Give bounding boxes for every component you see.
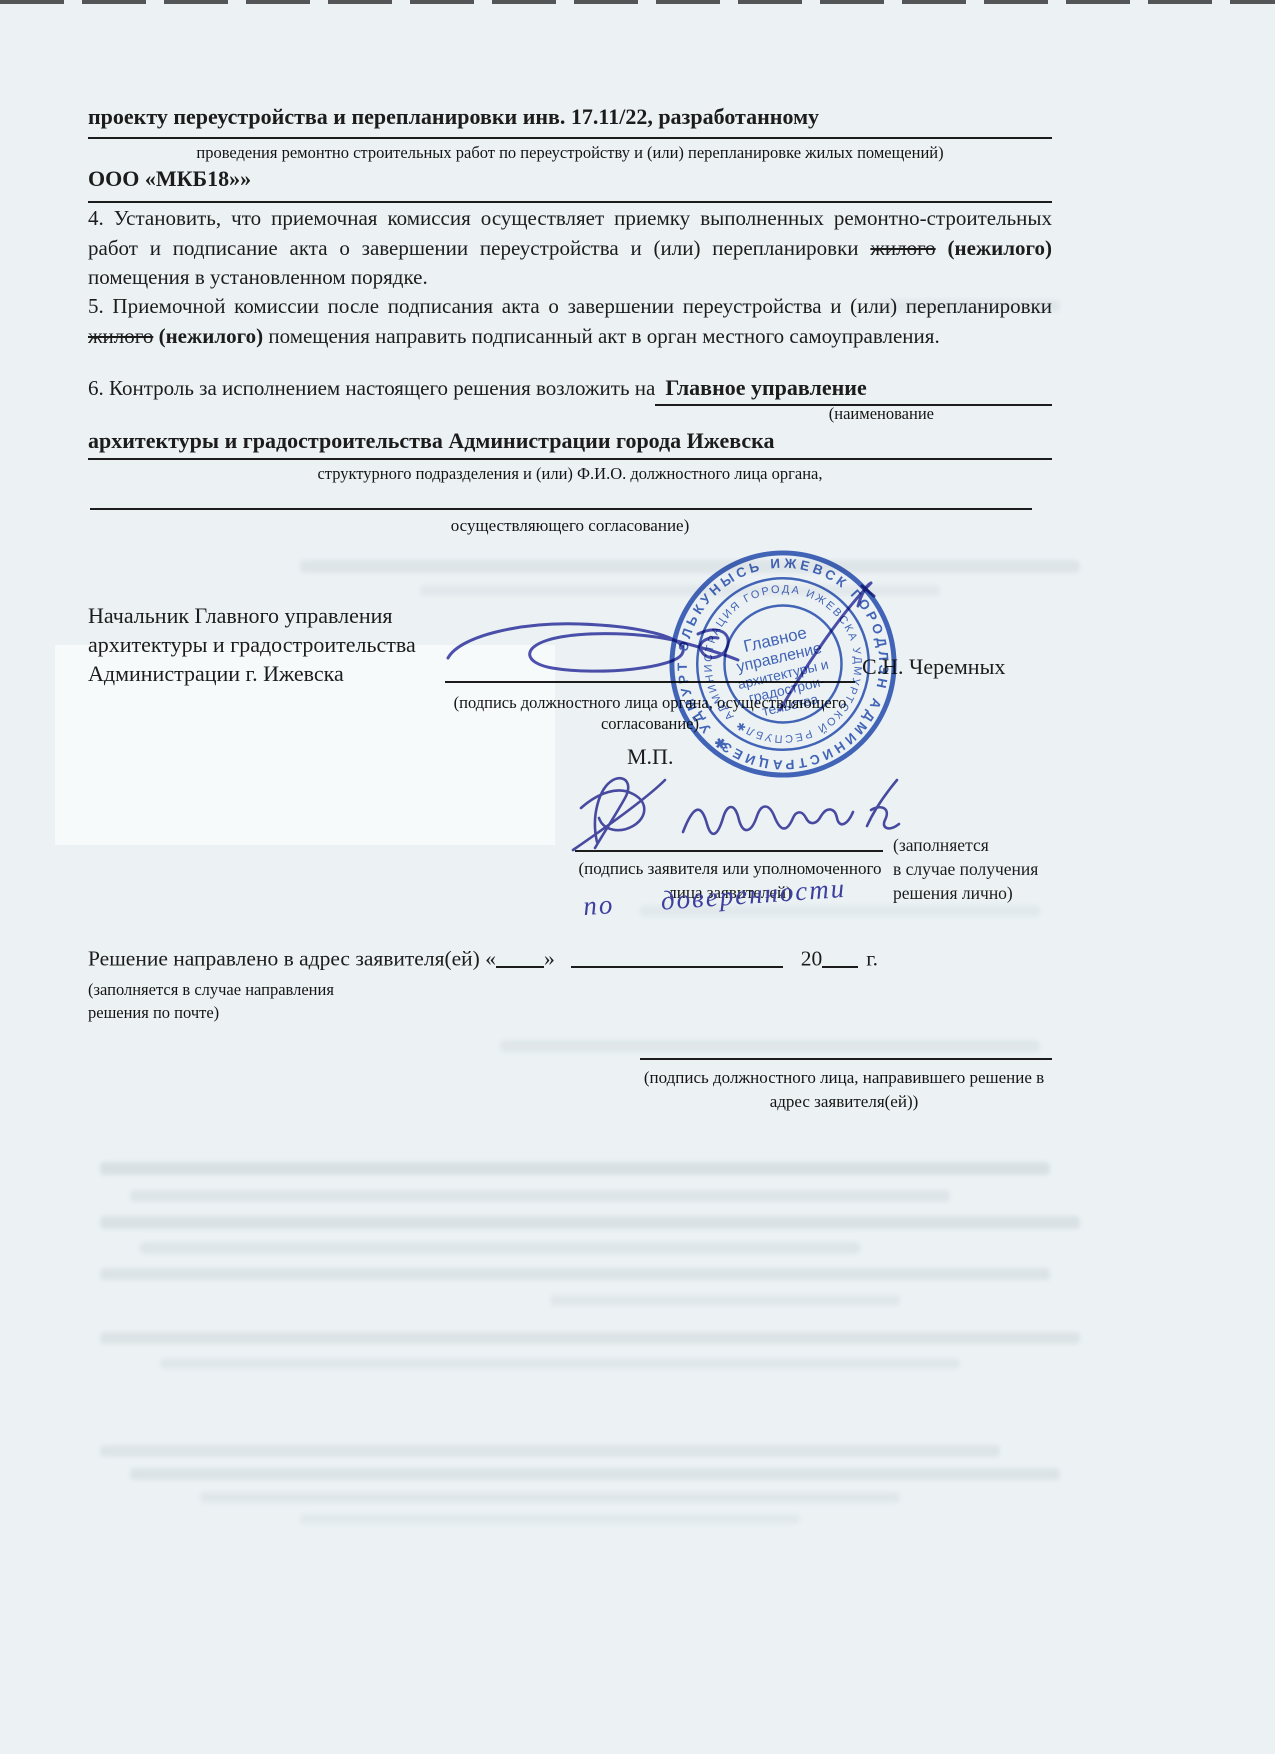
in-person-note: (заполняется в случае получения решения … xyxy=(893,833,1038,905)
clause-6-caption-unit: структурного подразделения и (или) Ф.И.О… xyxy=(88,463,1052,484)
applicant-signature-ink xyxy=(555,768,905,860)
year-prefix: 20 xyxy=(801,947,823,971)
clause-6-caption-approval: осуществляющего согласование) xyxy=(88,515,1052,536)
bleed-through-text xyxy=(130,1190,950,1202)
bleed-through-text xyxy=(200,1492,900,1503)
mailing-note: (заполняется в случае направления решени… xyxy=(88,978,334,1024)
clause-4-bold-word: (нежилого) xyxy=(948,236,1053,260)
bleed-through-text xyxy=(100,1216,1080,1229)
mailing-signature-caption-line-1: (подпись должностного лица, направившего… xyxy=(618,1066,1070,1090)
bleed-through-text xyxy=(300,1514,800,1524)
clause-5-struck-word: жилого xyxy=(88,324,153,348)
mailing-signature-caption-line-2: адрес заявителя(ей)) xyxy=(618,1090,1070,1114)
clause-5-bold-word: (нежилого) xyxy=(159,324,264,348)
bleed-through-text xyxy=(100,1162,1050,1175)
clause-6-filled-line-2: архитектуры и градостроительства Админис… xyxy=(88,428,1052,460)
clause-4: 4. Установить, что приемочная комиссия о… xyxy=(88,204,1052,293)
official-title-line-3: Администрации г. Ижевска xyxy=(88,659,416,688)
bleed-through-text xyxy=(100,1332,1080,1344)
empty-fill-line xyxy=(90,508,1032,510)
clause-6-caption-name: (наименование xyxy=(88,403,934,424)
official-title-line-2: архитектуры и градостроительства xyxy=(88,630,416,659)
project-title-text: проекту переустройства и перепланировки … xyxy=(88,104,819,129)
bleed-through-text xyxy=(100,1268,1050,1280)
signature-stroke xyxy=(867,780,899,828)
signature-stroke xyxy=(581,790,644,830)
bleed-through-text xyxy=(550,1295,900,1306)
project-title-line: проекту переустройства и перепланировки … xyxy=(88,104,1052,139)
mailing-note-line-2: решения по почте) xyxy=(88,1001,334,1024)
year-blank xyxy=(822,944,858,968)
clause-5-tail: помещения направить подписанный акт в ор… xyxy=(268,324,939,348)
in-person-note-line-2: в случае получения xyxy=(893,857,1038,881)
applicant-signature-caption-line-1: (подпись заявителя или уполномоченного xyxy=(560,857,900,881)
official-signature-ink xyxy=(430,560,900,730)
clause-6: 6. Контроль за исполнением настоящего ре… xyxy=(88,373,1052,406)
clause-5: 5. Приемочной комиссии после подписания … xyxy=(88,292,1052,351)
clause-6-filled-value-2: архитектуры и градостроительства Админис… xyxy=(88,428,774,453)
clause-4-tail: помещения в установленном порядке. xyxy=(88,265,428,289)
clause-4-struck-word: жилого xyxy=(870,236,935,260)
official-title-line-1: Начальник Главного управления xyxy=(88,601,416,630)
clause-6-lead: 6. Контроль за исполнением настоящего ре… xyxy=(88,374,655,404)
clause-6-filled-value: Главное управление xyxy=(665,375,866,400)
mailing-signature-line xyxy=(640,1058,1052,1060)
month-blank xyxy=(571,944,783,968)
org-name-text: ООО «МКБ18»» xyxy=(88,166,251,191)
official-title-block: Начальник Главного управления архитектур… xyxy=(88,601,416,688)
bleed-through-text xyxy=(500,1040,1040,1052)
signature-stroke xyxy=(698,630,728,658)
in-person-note-line-3: решения лично) xyxy=(893,881,1038,905)
signature-stroke xyxy=(683,807,853,834)
mailing-signature-caption: (подпись должностного лица, направившего… xyxy=(618,1066,1070,1114)
scan-edge-artifact xyxy=(0,0,1275,4)
scanned-document-page: проекту переустройства и перепланировки … xyxy=(0,0,1275,1754)
mailing-row: Решение направлено в адрес заявителя(ей)… xyxy=(88,942,878,972)
in-person-note-line-1: (заполняется xyxy=(893,833,1038,857)
quote-close: » xyxy=(544,947,555,971)
applicant-signature-line xyxy=(575,850,883,852)
project-title-caption: проведения ремонтно строительных работ п… xyxy=(88,142,1052,163)
clause-5-lead: 5. Приемочной комиссии после подписания … xyxy=(88,294,1052,318)
signature-stroke xyxy=(448,624,738,671)
bleed-through-text xyxy=(100,1445,1000,1457)
mailing-sent-text: Решение направлено в адрес заявителя(ей)… xyxy=(88,947,496,971)
signature-stroke xyxy=(780,583,874,710)
bleed-through-text xyxy=(130,1468,1060,1480)
year-suffix: г. xyxy=(866,947,878,971)
clause-6-filled-line: Главное управление xyxy=(655,373,1052,406)
bleed-through-text xyxy=(160,1358,960,1369)
day-blank xyxy=(496,944,544,968)
org-line: ООО «МКБ18»» xyxy=(88,166,1052,203)
bleed-through-text xyxy=(140,1242,860,1254)
mailing-note-line-1: (заполняется в случае направления xyxy=(88,978,334,1001)
